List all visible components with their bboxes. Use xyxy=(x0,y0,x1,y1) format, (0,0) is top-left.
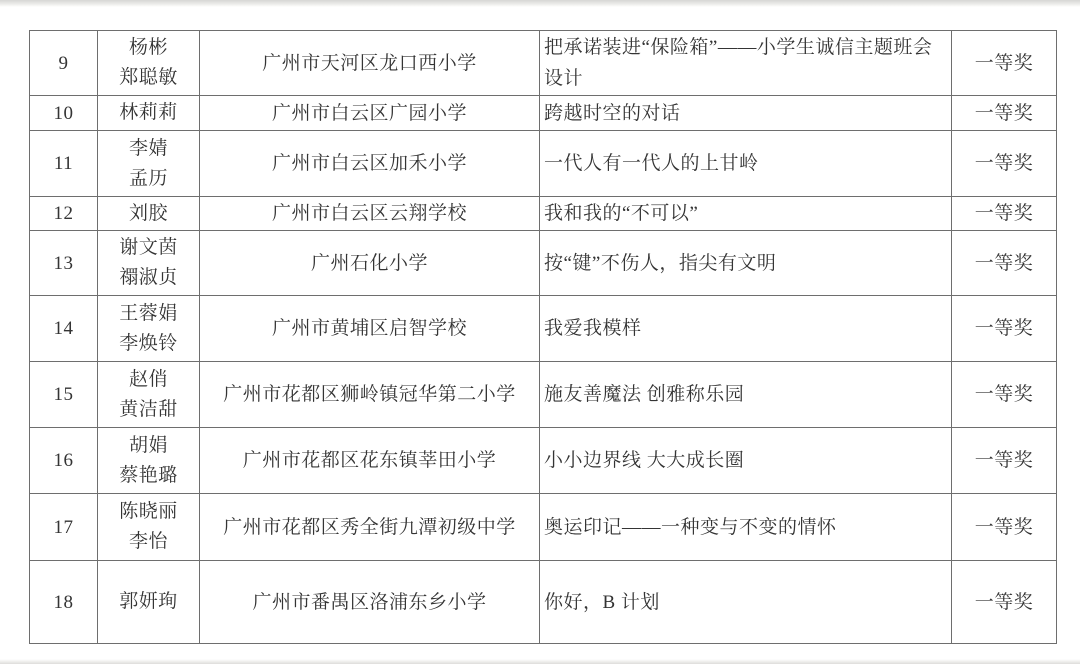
school-cell: 广州市白云区广园小学 xyxy=(200,96,540,131)
author-name: 郑聪敏 xyxy=(102,63,195,93)
school-cell: 广州市花都区狮岭镇冠华第二小学 xyxy=(200,362,540,428)
document-page: 9杨彬郑聪敏广州市天河区龙口西小学把承诺装进“保险箱”——小学生诚信主题班会设计… xyxy=(0,0,1080,664)
award-level-cell: 一等奖 xyxy=(952,96,1057,131)
author-names-cell: 谢文茵禤淑贞 xyxy=(98,231,200,296)
work-title-cell: 奥运印记——一种变与不变的情怀 xyxy=(540,494,952,561)
author-name: 李怡 xyxy=(102,527,195,557)
author-names-cell: 赵俏黄洁甜 xyxy=(98,362,200,428)
awards-table-body: 9杨彬郑聪敏广州市天河区龙口西小学把承诺装进“保险箱”——小学生诚信主题班会设计… xyxy=(30,31,1057,644)
table-row: 18郭妍珣广州市番禺区洛浦东乡小学你好，B 计划一等奖 xyxy=(30,561,1057,644)
school-cell: 广州市天河区龙口西小学 xyxy=(200,31,540,96)
awards-table: 9杨彬郑聪敏广州市天河区龙口西小学把承诺装进“保险箱”——小学生诚信主题班会设计… xyxy=(29,30,1057,644)
author-name: 李婧 xyxy=(102,134,195,164)
work-title-cell: 按“键”不伤人，指尖有文明 xyxy=(540,231,952,296)
author-name: 王蓉娟 xyxy=(102,299,195,329)
author-name: 刘胶 xyxy=(102,199,195,229)
work-title-cell: 一代人有一代人的上甘岭 xyxy=(540,131,952,197)
author-names-cell: 胡娟蔡艳璐 xyxy=(98,428,200,494)
school-cell: 广州石化小学 xyxy=(200,231,540,296)
award-level-cell: 一等奖 xyxy=(952,231,1057,296)
author-name: 李焕铃 xyxy=(102,329,195,359)
school-cell: 广州市番禺区洛浦东乡小学 xyxy=(200,561,540,644)
work-title-cell: 我爱我模样 xyxy=(540,296,952,362)
row-number-cell: 9 xyxy=(30,31,98,96)
school-cell: 广州市花都区花东镇莘田小学 xyxy=(200,428,540,494)
author-names-cell: 刘胶 xyxy=(98,197,200,231)
author-names-cell: 郭妍珣 xyxy=(98,561,200,644)
table-row: 12刘胶广州市白云区云翔学校我和我的“不可以”一等奖 xyxy=(30,197,1057,231)
award-level-cell: 一等奖 xyxy=(952,494,1057,561)
author-name: 胡娟 xyxy=(102,431,195,461)
row-number-cell: 14 xyxy=(30,296,98,362)
award-level-cell: 一等奖 xyxy=(952,131,1057,197)
award-level-cell: 一等奖 xyxy=(952,428,1057,494)
work-title-cell: 施友善魔法 创雅称乐园 xyxy=(540,362,952,428)
table-row: 14王蓉娟李焕铃广州市黄埔区启智学校我爱我模样一等奖 xyxy=(30,296,1057,362)
table-row: 11李婧孟历广州市白云区加禾小学一代人有一代人的上甘岭一等奖 xyxy=(30,131,1057,197)
author-name: 林莉莉 xyxy=(102,98,195,128)
author-name: 杨彬 xyxy=(102,33,195,63)
row-number-cell: 11 xyxy=(30,131,98,197)
row-number-cell: 10 xyxy=(30,96,98,131)
row-number-cell: 13 xyxy=(30,231,98,296)
row-number-cell: 15 xyxy=(30,362,98,428)
table-row: 17陈晓丽李怡广州市花都区秀全街九潭初级中学奥运印记——一种变与不变的情怀一等奖 xyxy=(30,494,1057,561)
row-number-cell: 16 xyxy=(30,428,98,494)
award-level-cell: 一等奖 xyxy=(952,31,1057,96)
school-cell: 广州市黄埔区启智学校 xyxy=(200,296,540,362)
row-number-cell: 18 xyxy=(30,561,98,644)
author-names-cell: 李婧孟历 xyxy=(98,131,200,197)
table-row: 10林莉莉广州市白云区广园小学跨越时空的对话一等奖 xyxy=(30,96,1057,131)
work-title-cell: 小小边界线 大大成长圈 xyxy=(540,428,952,494)
author-names-cell: 杨彬郑聪敏 xyxy=(98,31,200,96)
award-level-cell: 一等奖 xyxy=(952,362,1057,428)
author-name: 黄洁甜 xyxy=(102,395,195,425)
author-name: 禤淑贞 xyxy=(102,263,195,293)
author-name: 陈晓丽 xyxy=(102,497,195,527)
work-title-cell: 我和我的“不可以” xyxy=(540,197,952,231)
page-bottom-edge xyxy=(0,659,1080,664)
award-level-cell: 一等奖 xyxy=(952,197,1057,231)
author-name: 郭妍珣 xyxy=(102,587,195,617)
work-title-cell: 你好，B 计划 xyxy=(540,561,952,644)
author-names-cell: 林莉莉 xyxy=(98,96,200,131)
row-number-cell: 12 xyxy=(30,197,98,231)
row-number-cell: 17 xyxy=(30,494,98,561)
table-row: 13谢文茵禤淑贞广州石化小学按“键”不伤人，指尖有文明一等奖 xyxy=(30,231,1057,296)
table-row: 9杨彬郑聪敏广州市天河区龙口西小学把承诺装进“保险箱”——小学生诚信主题班会设计… xyxy=(30,31,1057,96)
award-level-cell: 一等奖 xyxy=(952,561,1057,644)
school-cell: 广州市白云区云翔学校 xyxy=(200,197,540,231)
work-title-cell: 把承诺装进“保险箱”——小学生诚信主题班会设计 xyxy=(540,31,952,96)
author-name: 谢文茵 xyxy=(102,233,195,263)
author-names-cell: 王蓉娟李焕铃 xyxy=(98,296,200,362)
author-names-cell: 陈晓丽李怡 xyxy=(98,494,200,561)
author-name: 孟历 xyxy=(102,164,195,194)
author-name: 赵俏 xyxy=(102,365,195,395)
author-name: 蔡艳璐 xyxy=(102,461,195,491)
table-row: 16胡娟蔡艳璐广州市花都区花东镇莘田小学小小边界线 大大成长圈一等奖 xyxy=(30,428,1057,494)
school-cell: 广州市白云区加禾小学 xyxy=(200,131,540,197)
table-row: 15赵俏黄洁甜广州市花都区狮岭镇冠华第二小学施友善魔法 创雅称乐园一等奖 xyxy=(30,362,1057,428)
work-title-cell: 跨越时空的对话 xyxy=(540,96,952,131)
school-cell: 广州市花都区秀全街九潭初级中学 xyxy=(200,494,540,561)
page-top-edge xyxy=(0,0,1080,7)
award-level-cell: 一等奖 xyxy=(952,296,1057,362)
